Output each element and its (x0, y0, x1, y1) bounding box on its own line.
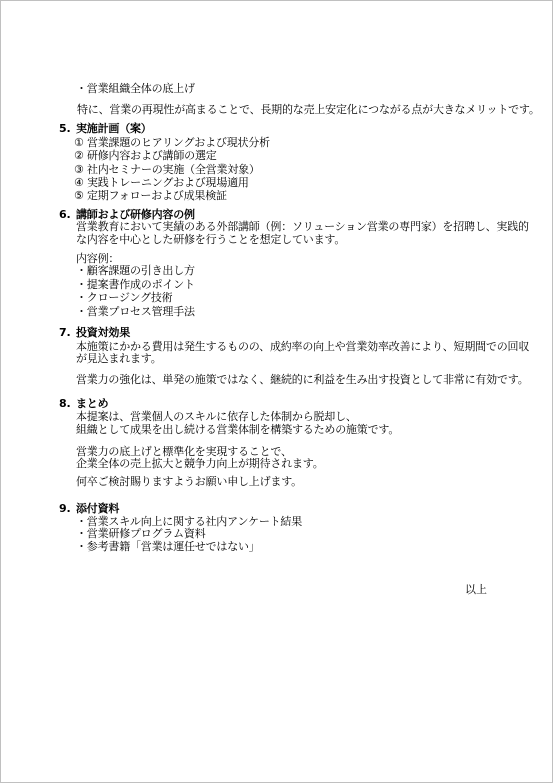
document-closing: 以上 (465, 583, 487, 596)
section-5-item: ④ 実践トレーニングおよび現場適用 (74, 176, 249, 189)
section-6-bullet: ・顧客課題の引き出し方 (76, 264, 195, 277)
section-7-number: 7. (59, 326, 76, 339)
section-9-number: 9. (59, 502, 76, 515)
section-8-number: 8. (59, 397, 76, 410)
section-8-closing-request: 何卒ご検討賜りますようお願い申し上げます。 (76, 475, 302, 488)
section-5-item: ② 研修内容および講師の選定 (74, 149, 217, 162)
section-8-paragraph-line: 組織として成果を出し続ける営業体制を構築するための施策です。 (76, 423, 399, 436)
section-8-paragraph-line: 企業全体の売上拡大と競争力向上が期待されます。 (76, 457, 324, 470)
section-6-bullet: ・提案書作成のポイント (76, 278, 195, 291)
section-5-title: 実施計画（案） (76, 122, 152, 135)
section-8-paragraph-line: 本提案は、営業個人のスキルに依存した体制から脱却し、 (76, 410, 357, 423)
intro-paragraph: 特に、営業の再現性が高まることで、長期的な売上安定化につながる点が大きなメリット… (77, 103, 540, 116)
section-6-number: 6. (59, 208, 76, 221)
section-5-heading: 5.実施計画（案） (59, 122, 152, 135)
section-8-heading: 8.まとめ (59, 397, 108, 410)
section-5-number: 5. (59, 122, 76, 135)
document-page: ・営業組織全体の底上げ 特に、営業の再現性が高まることで、長期的な売上安定化につ… (0, 0, 553, 783)
section-5-item: ⑤ 定期フォローおよび成果検証 (74, 189, 227, 202)
section-9-bullet: ・営業研修プログラム資料 (76, 527, 206, 540)
section-9-title: 添付資料 (76, 502, 119, 515)
section-6-paragraph-line: な内容を中心とした研修を行うことを想定しています。 (76, 233, 345, 246)
section-6-bullet: ・営業プロセス管理手法 (76, 305, 195, 318)
section-7-paragraph-line: が見込まれます。 (76, 352, 162, 365)
section-8-title: まとめ (76, 397, 108, 410)
section-6-bullet: ・クロージング技術 (76, 291, 172, 304)
section-7-title: 投資対効果 (76, 326, 130, 339)
section-9-bullet: ・参考書籍「営業は運任せではない」 (76, 540, 260, 553)
section-7-heading: 7.投資対効果 (59, 326, 130, 339)
section-7-paragraph: 営業力の強化は、単発の施策ではなく、継続的に利益を生み出す投資として非常に有効で… (76, 373, 529, 386)
section-6-paragraph-line: 営業教育において実績のある外部講師（例：ソリューション営業の専門家）を招聘し、実… (76, 220, 529, 233)
section-5-item: ③ 社内セミナーの実施（全営業対象） (74, 163, 260, 176)
section-5-item: ① 営業課題のヒアリングおよび現状分析 (74, 136, 270, 149)
intro-bullet: ・営業組織全体の底上げ (76, 82, 195, 95)
section-9-heading: 9.添付資料 (59, 502, 119, 515)
